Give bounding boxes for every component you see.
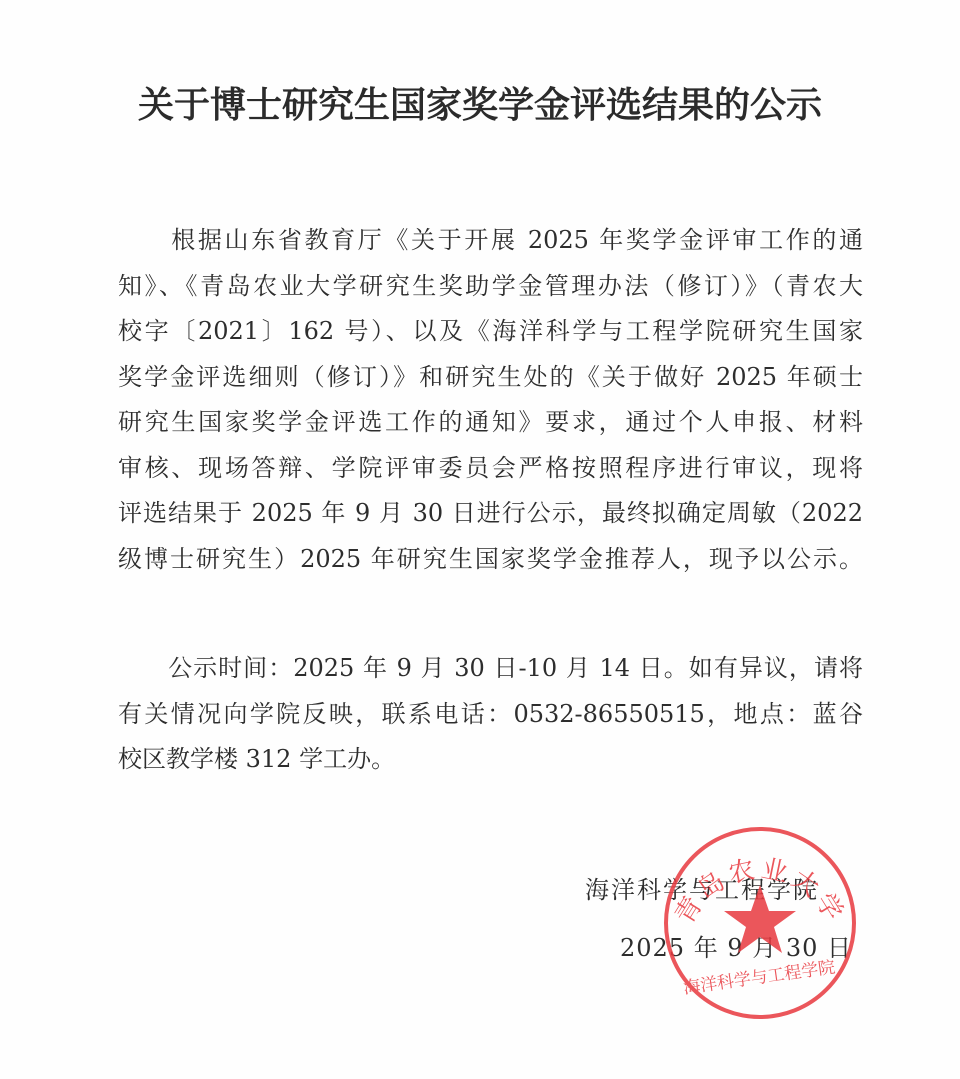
document-title: 关于博士研究生国家奖学金评选结果的公示	[0, 84, 960, 128]
text-line: 奖学金评选细则（修订）》和研究生处的《关于做好 2025 年硕士	[118, 355, 863, 401]
text-line: 级博士研究生）2025 年研究生国家奖学金推荐人，现予以公示。	[118, 537, 863, 583]
stamp-bottom-text: 海洋科学与工程学院	[682, 957, 836, 998]
text-line: 公示时间：2025 年 9 月 30 日-10 月 14 日。如有异议，请将	[118, 646, 863, 692]
document-page: 关于博士研究生国家奖学金评选结果的公示 根据山东省教育厅《关于开展 2025 年…	[0, 0, 960, 1079]
text-line: 研究生国家奖学金评选工作的通知》要求，通过个人申报、材料	[118, 400, 863, 446]
text-line: 校区教学楼 312 学工办。	[118, 737, 863, 783]
text-line: 校字〔2021〕162 号）、以及《海洋科学与工程学院研究生国家	[118, 309, 863, 355]
text-line: 有关情况向学院反映，联系电话：0532-86550515，地点：蓝谷	[118, 692, 863, 738]
text-line: 审核、现场答辩、学院评审委员会严格按照程序进行审议，现将	[118, 446, 863, 492]
text-line: 评选结果于 2025 年 9 月 30 日进行公示，最终拟确定周敏（2022	[118, 491, 863, 537]
text-line: 根据山东省教育厅《关于开展 2025 年奖学金评审工作的通	[118, 218, 863, 264]
text-line: 知》、《青岛农业大学研究生奖助学金管理办法（修订）》（青农大	[118, 264, 863, 310]
paragraph-basis: 根据山东省教育厅《关于开展 2025 年奖学金评审工作的通 知》、《青岛农业大学…	[118, 218, 863, 582]
paragraph-publicity-period: 公示时间：2025 年 9 月 30 日-10 月 14 日。如有异议，请将 有…	[118, 646, 863, 783]
signature-organization: 海洋科学与工程学院	[585, 870, 819, 905]
official-seal-stamp: 青岛农业大学 海洋科学与工程学院	[660, 823, 860, 1023]
signature-date: 2025 年 9 月 30 日	[620, 928, 852, 963]
